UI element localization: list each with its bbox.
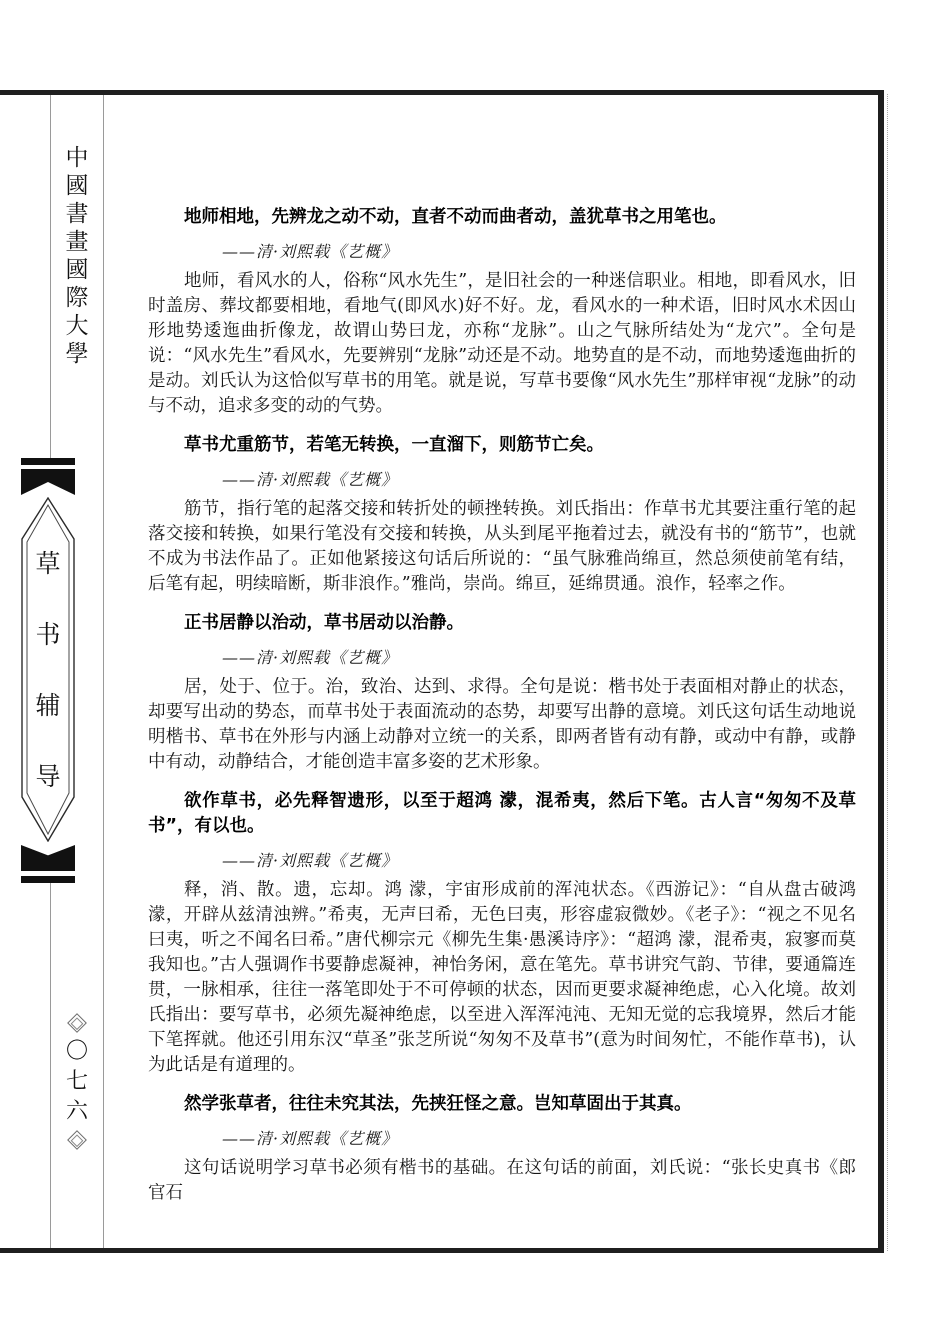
quote-section: 正书居静以治动，草书居动以治静。 ——清·刘熙载《艺概》 居，处于、位于。治，致… [148, 611, 856, 775]
attribution: ——清·刘熙载《艺概》 [148, 467, 856, 492]
banner-top-bar [21, 458, 75, 465]
commentary-paragraph: 居，处于、位于。治，致治、达到、求得。全句是说：楷书处于表面相对静止的状态，却要… [148, 675, 856, 775]
university-char: 中 [66, 147, 89, 170]
university-char: 書 [66, 203, 89, 226]
university-char: 學 [66, 343, 89, 366]
banner-title-char: 辅 [35, 693, 60, 718]
banner-top-ribbon [21, 469, 75, 495]
page-number: 〇 七 六 [51, 1012, 103, 1151]
quote-section: 草书尤重筋节，若笔无转换，一直溜下，则筋节亡矣。 ——清·刘熙载《艺概》 筋节，… [148, 433, 856, 597]
banner-bottom-bar [21, 876, 75, 883]
book-page: 中 國 書 畫 國 際 大 學 草 书 辅 导 〇 七 [0, 0, 950, 1344]
page-number-char: 六 [66, 1099, 88, 1124]
frame-dotted-edge [887, 94, 888, 1251]
main-text: 地师相地，先辨龙之动不动，直者不动而曲者动，盖犹草书之用笔也。 ——清·刘熙载《… [148, 205, 856, 1206]
commentary-paragraph: 筋节，指行笔的起落交接和转折处的顿挫转换。刘氏指出：作草书尤其要注重行笔的起落交… [148, 497, 856, 597]
university-char: 國 [66, 175, 89, 198]
banner-title-char: 导 [35, 764, 60, 789]
university-char: 際 [66, 287, 89, 310]
banner-title-char: 草 [35, 551, 60, 576]
banner-title: 草 书 辅 导 [21, 497, 75, 842]
university-char: 畫 [66, 231, 89, 254]
quote-heading: 正书居静以治动，草书居动以治静。 [148, 611, 856, 636]
commentary-paragraph: 释，消、散。遗，忘却。鸿 濛，宇宙形成前的浑沌状态。《西游记》：“自从盘古破鸿 … [148, 878, 856, 1078]
quote-heading: 然学张草者，往往未究其法，先挟狂怪之意。岂知草固出于其真。 [148, 1092, 856, 1117]
diamond-icon [67, 1013, 87, 1033]
page-number-char: 〇 [66, 1039, 88, 1064]
university-name: 中 國 書 畫 國 際 大 學 [51, 147, 103, 366]
column-divider-right [103, 95, 104, 1248]
banner-bottom-ribbon [21, 845, 75, 871]
attribution: ——清·刘熙载《艺概》 [148, 645, 856, 670]
quote-section: 然学张草者，往往未究其法，先挟狂怪之意。岂知草固出于其真。 ——清·刘熙载《艺概… [148, 1092, 856, 1206]
quote-section: 地师相地，先辨龙之动不动，直者不动而曲者动，盖犹草书之用笔也。 ——清·刘熙载《… [148, 205, 856, 419]
quote-heading: 欲作草书，必先释智遗形，以至于超鸿 濛，混希夷，然后下笔。古人言“匆匆不及草书”… [148, 789, 856, 839]
quote-section: 欲作草书，必先释智遗形，以至于超鸿 濛，混希夷，然后下笔。古人言“匆匆不及草书”… [148, 789, 856, 1078]
quote-heading: 草书尤重筋节，若笔无转换，一直溜下，则筋节亡矣。 [148, 433, 856, 458]
attribution: ——清·刘熙载《艺概》 [148, 848, 856, 873]
university-char: 大 [66, 315, 89, 338]
university-char: 國 [66, 259, 89, 282]
series-banner: 草 书 辅 导 [21, 458, 75, 883]
frame-right-rule [878, 90, 884, 1253]
attribution: ——清·刘熙载《艺概》 [148, 1126, 856, 1151]
banner-hexagon: 草 书 辅 导 [21, 497, 75, 842]
frame-top-rule [0, 90, 884, 95]
commentary-paragraph: 这句话说明学习草书必须有楷书的基础。在这句话的前面，刘氏说：“张长史真书《郎官石 [148, 1156, 856, 1206]
commentary-paragraph: 地师，看风水的人，俗称“风水先生”，是旧社会的一种迷信职业。相地，即看风水，旧时… [148, 269, 856, 419]
quote-heading: 地师相地，先辨龙之动不动，直者不动而曲者动，盖犹草书之用笔也。 [148, 205, 856, 230]
page-number-char: 七 [66, 1069, 88, 1094]
banner-title-char: 书 [35, 622, 60, 647]
attribution: ——清·刘熙载《艺概》 [148, 239, 856, 264]
diamond-icon [67, 1130, 87, 1150]
frame-bottom-rule [0, 1248, 884, 1253]
